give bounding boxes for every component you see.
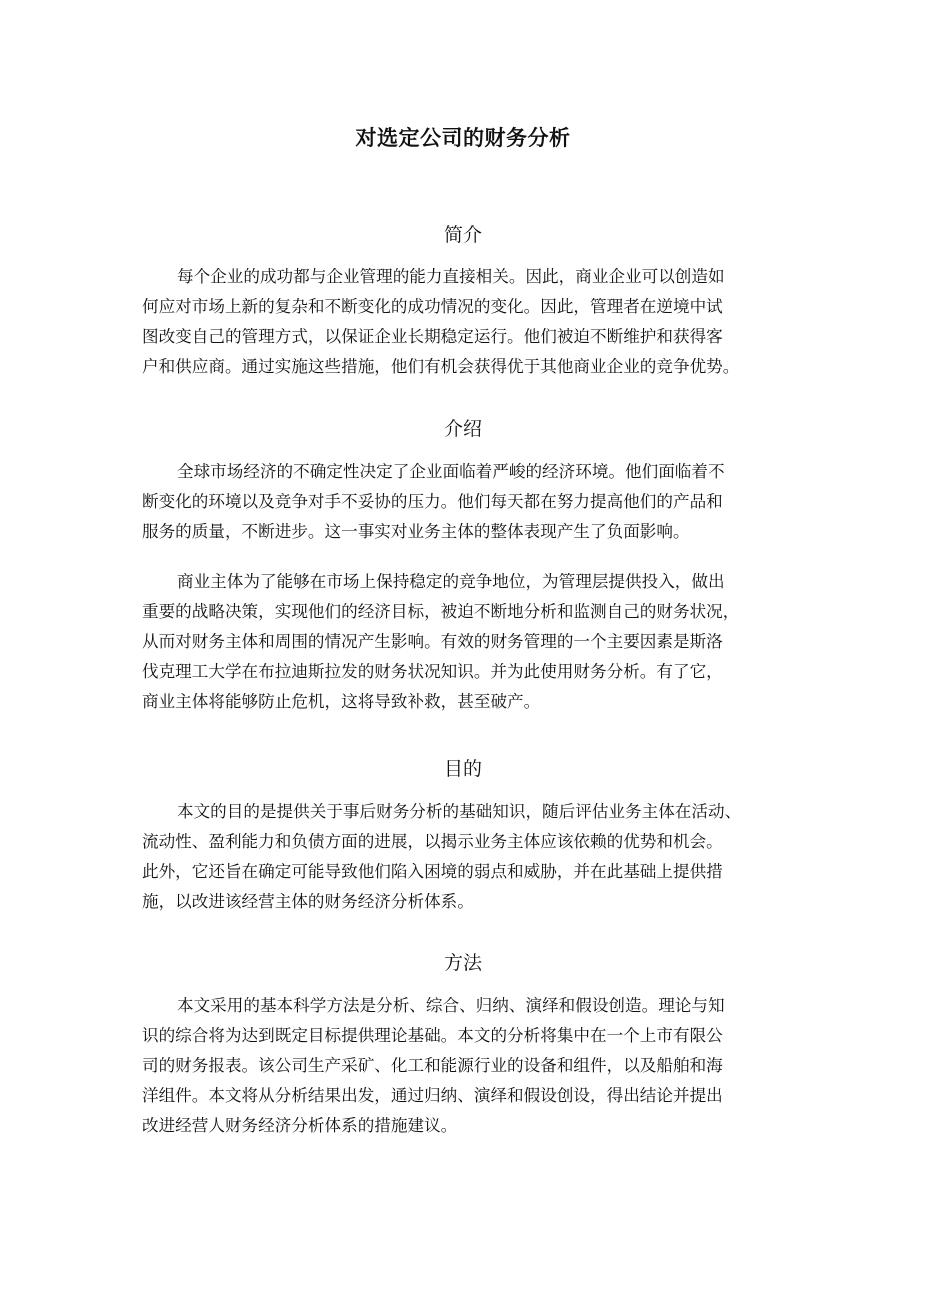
paragraph-line: 服务的质量，不断进步。这一事实对业务主体的整体表现产生了负面影响。	[142, 517, 787, 547]
paragraph-line: 每个企业的成功都与企业管理的能力直接相关。因此，商业企业可以创造如	[142, 262, 787, 292]
section-heading-purpose: 目的	[0, 754, 926, 784]
paragraph-introduction-1: 全球市场经济的不确定性决定了企业面临着严峻的经济环境。他们面临着不 断变化的环境…	[142, 457, 787, 547]
paragraph-summary: 每个企业的成功都与企业管理的能力直接相关。因此，商业企业可以创造如 何应对市场上…	[142, 262, 787, 382]
paragraph-line: 商业主体为了能够在市场上保持稳定的竞争地位，为管理层提供投入，做出	[142, 567, 787, 597]
paragraph-line: 司的财务报表。该公司生产采矿、化工和能源行业的设备和组件，以及船舶和海	[142, 1051, 787, 1081]
paragraph-line: 本文采用的基本科学方法是分析、综合、归纳、演绎和假设创造。理论与知	[142, 991, 787, 1021]
paragraph-line: 识的综合将为达到既定目标提供理论基础。本文的分析将集中在一个上市有限公	[142, 1021, 787, 1051]
paragraph-purpose: 本文的目的是提供关于事后财务分析的基础知识，随后评估业务主体在活动、 流动性、盈…	[142, 797, 787, 917]
paragraph-line: 断变化的环境以及竞争对手不妥协的压力。他们每天都在努力提高他们的产品和	[142, 487, 787, 517]
paragraph-line: 全球市场经济的不确定性决定了企业面临着严峻的经济环境。他们面临着不	[142, 457, 787, 487]
paragraph-line: 户和供应商。通过实施这些措施，他们有机会获得优于其他商业企业的竞争优势。	[142, 352, 787, 382]
paragraph-line: 重要的战略决策，实现他们的经济目标，被迫不断地分析和监测自己的财务状况，	[142, 597, 787, 627]
paragraph-line: 改进经营人财务经济分析体系的措施建议。	[142, 1111, 787, 1141]
paragraph-introduction-2: 商业主体为了能够在市场上保持稳定的竞争地位，为管理层提供投入，做出 重要的战略决…	[142, 567, 787, 717]
paragraph-methods: 本文采用的基本科学方法是分析、综合、归纳、演绎和假设创造。理论与知 识的综合将为…	[142, 991, 787, 1141]
paragraph-line: 洋组件。本文将从分析结果出发，通过归纳、演绎和假设创设，得出结论并提出	[142, 1081, 787, 1111]
document-page: 对选定公司的财务分析 简介 每个企业的成功都与企业管理的能力直接相关。因此，商业…	[0, 0, 926, 1309]
paragraph-line: 从而对财务主体和周围的情况产生影响。有效的财务管理的一个主要因素是斯洛	[142, 627, 787, 657]
paragraph-line: 商业主体将能够防止危机，这将导致补救，甚至破产。	[142, 687, 787, 717]
section-heading-summary: 简介	[0, 220, 926, 250]
paragraph-line: 本文的目的是提供关于事后财务分析的基础知识，随后评估业务主体在活动、	[142, 797, 787, 827]
paragraph-line: 图改变自己的管理方式，以保证企业长期稳定运行。他们被迫不断维护和获得客	[142, 322, 787, 352]
section-heading-introduction: 介绍	[0, 414, 926, 444]
paragraph-line: 此外，它还旨在确定可能导致他们陷入困境的弱点和威胁，并在此基础上提供措	[142, 857, 787, 887]
section-heading-methods: 方法	[0, 948, 926, 978]
paragraph-line: 何应对市场上新的复杂和不断变化的成功情况的变化。因此，管理者在逆境中试	[142, 292, 787, 322]
document-title: 对选定公司的财务分析	[0, 122, 926, 154]
paragraph-line: 施，以改进该经营主体的财务经济分析体系。	[142, 887, 787, 917]
paragraph-line: 伐克理工大学在布拉迪斯拉发的财务状况知识。并为此使用财务分析。有了它，	[142, 657, 787, 687]
paragraph-line: 流动性、盈利能力和负债方面的进展，以揭示业务主体应该依赖的优势和机会。	[142, 827, 787, 857]
